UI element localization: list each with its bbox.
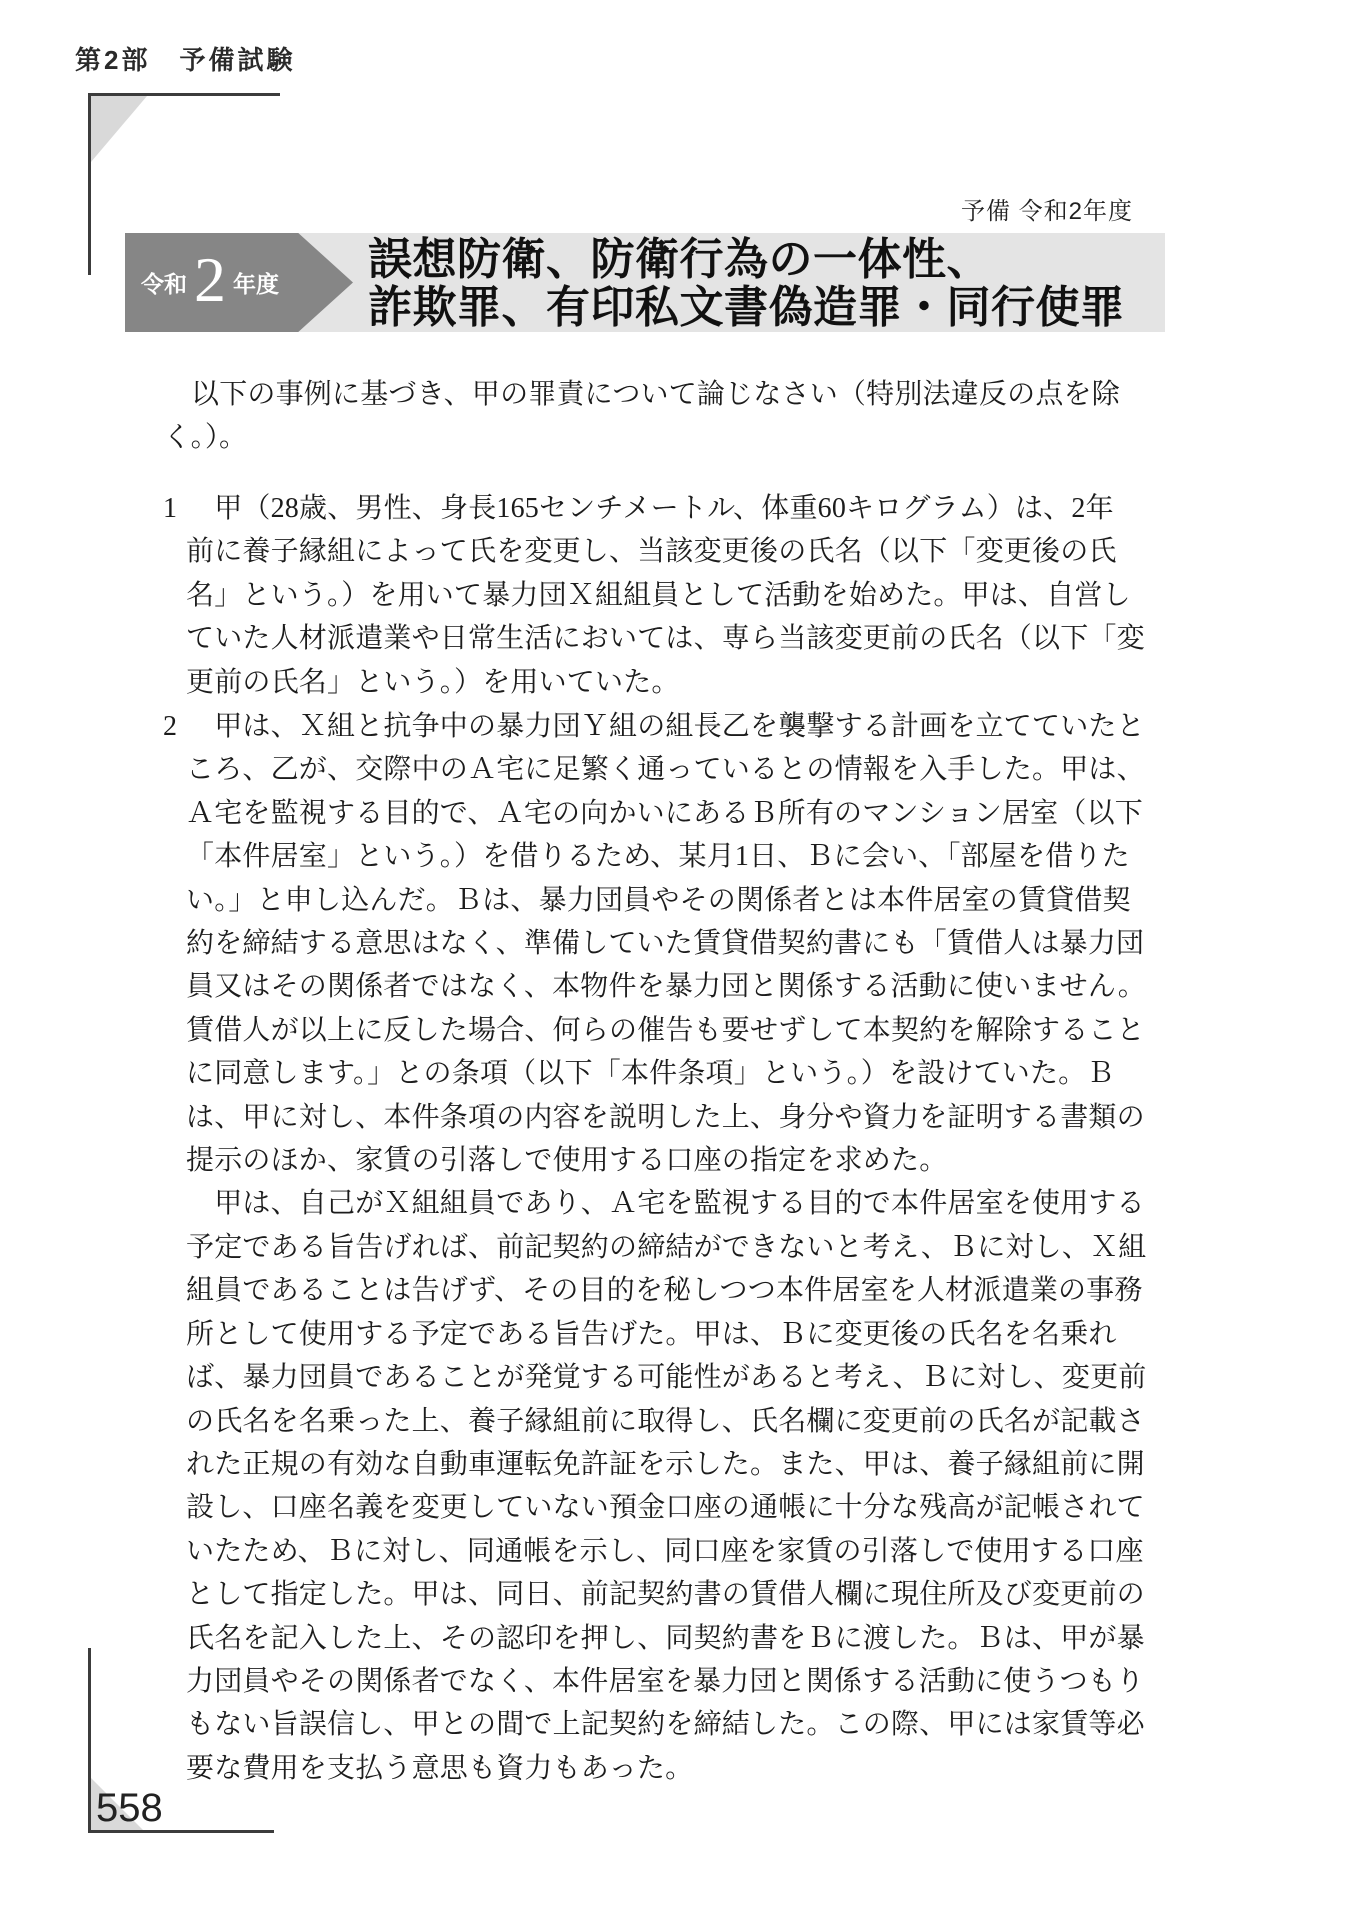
item-1-text: 甲（28歳、男性、身長165センチメートル、体重60キログラム）は、2年 前に養… [186,493,1145,698]
era-number: 2 [194,248,226,312]
era-prefix: 令和 [141,266,187,299]
item-1-number: 1 [163,487,186,530]
item-2-number: 2 [163,705,186,748]
footer-rule [88,1830,274,1833]
exam-year-label: 予備 令和2年度 [961,191,1133,226]
exam-title: 誤想防衛、防衛行為の一体性、 詐欺罪、有印私文書偽造罪・同行使罪 [368,236,1125,332]
question-item-1: 1 甲（28歳、男性、身長165センチメートル、体重60キログラム）は、2年 前… [163,487,1167,704]
book-page: 第2部 予備試験 予備 令和2年度 令和 2 年度 誤想防衛、防衛行為の一体性、… [0,0,1350,1920]
era-suffix: 年度 [233,266,279,299]
question-intro: 以下の事例に基づき、甲の罪責について論じなさい（特別法違反の点を除 く。）。 [163,373,1167,460]
part-header: 第2部 予備試験 [75,40,295,77]
item-2-text: 甲は、Ｘ組と抗争中の暴力団Ｙ組の組長乙を襲撃する計画を立てていたと ころ、乙が、… [186,711,1146,1784]
question-item-2: 2 甲は、Ｘ組と抗争中の暴力団Ｙ組の組長乙を襲撃する計画を立てていたと ころ、乙… [163,705,1167,1790]
corner-fold-icon-top [91,96,147,162]
page-number: 558 [96,1788,163,1828]
